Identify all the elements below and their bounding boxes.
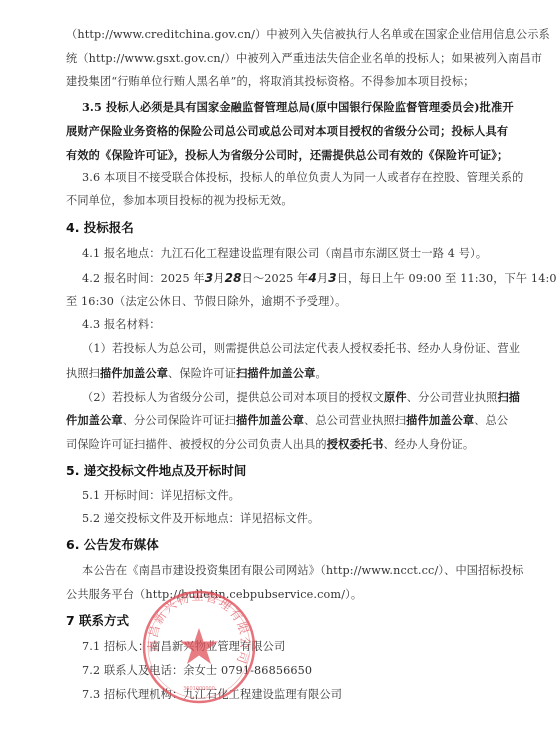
para-3-4-line-3: 建投集团“行贿单位行贿人黑名单”的，将取消其投标资格。不得参加本项目投标；	[66, 75, 480, 89]
text-run: 、总公司营业执照扫	[304, 414, 406, 427]
text-run: 司保险许可证扫描件、被授权的分公司负责人出具的	[66, 438, 327, 451]
handwritten-day-2: 3	[328, 271, 337, 285]
item-4-2-line-1: 4.2 报名时间：2025 年3月28日～2025 年4月3日，每日上午 09:…	[82, 271, 496, 286]
section-6-heading: 6. 公告发布媒体	[66, 535, 159, 553]
item-5-1: 5.1 开标时间：详见招标文件。	[82, 489, 496, 503]
bold-run: 件加盖公章	[66, 413, 123, 427]
text-run: 。	[315, 367, 326, 380]
para-3-5-line-2: 展财产保险业务资格的保险公司总公司或总公司对本项目授权的省级分公司；投标人具有	[66, 124, 480, 138]
bold-run: 原件	[384, 390, 407, 404]
item-4-3-2-line-2: 件加盖公章、分公司保险许可证扫描件加盖公章、总公司营业执照扫描件加盖公章、总公	[66, 413, 480, 428]
text-run: 、分公司保险许可证扫	[123, 414, 236, 427]
text-run: 、分公司营业执照	[407, 391, 498, 404]
para-3-5-line-1: 3.5 投标人必须是具有国家金融监督管理总局(原中国银行保险监督管理委员会)批准…	[82, 100, 496, 114]
text-run: 、总公	[474, 414, 508, 427]
item-4-2-line-2: 至 16:30（法定公休日、节假日除外，逾期不予受理）。	[66, 295, 480, 309]
item-4-3-1-line-2: 执照扫描件加盖公章、保险许可证扫描件加盖公章。	[66, 366, 480, 381]
bold-run: 扫描件加盖公章	[236, 366, 315, 380]
text-run: （2）若投标人为省级分公司，提供总公司对本项目的授权文	[82, 391, 384, 404]
item-4-2-prefix: 4.2 报名时间：2025 年	[82, 272, 205, 285]
item-4-3-1-line-1: （1）若投标人为总公司，则需提供总公司法定代表人授权委托书、经办人身份证、营业	[82, 342, 496, 356]
month-label: 月	[213, 272, 224, 285]
item-4-3-2-line-1: （2）若投标人为省级分公司，提供总公司对本项目的授权文原件、分公司营业执照扫描	[82, 390, 496, 405]
document-page: （http://www.creditchina.gov.cn/）中被列入失信被执…	[0, 0, 557, 729]
section-6-line-1: 本公告在《南昌市建设投资集团有限公司网站》（http://www.ncct.cc…	[82, 564, 496, 578]
item-7-1: 7.1 招标人：南昌新兴物业管理有限公司	[82, 640, 496, 654]
para-3-5-line-3: 有效的《保险许可证》，投标人为省级分公司时，还需提供总公司有效的《保险许可证》；	[66, 148, 480, 162]
item-4-3: 4.3 报名材料：	[82, 318, 496, 332]
para-3-6-line-1: 3.6 本项目不接受联合体投标，投标人的单位负责人为同一人或者存在控股、管理关系…	[82, 171, 496, 185]
item-4-1: 4.1 报名地点：九江石化工程建设监理有限公司（南昌市东湖区贤士一路 4 号）。	[82, 247, 496, 261]
bold-run: 描件加盖公章	[406, 413, 474, 427]
text-run: 、保险许可证	[168, 367, 236, 380]
bold-run: 描件加盖公章	[236, 413, 304, 427]
handwritten-day-1: 28	[225, 271, 242, 285]
text-run: 、经办人身份证。	[383, 438, 474, 451]
text-run: 执照扫	[66, 367, 100, 380]
para-3-4-line-2: 统（http://www.gsxt.gov.cn/）中被列入严重违法失信企业名单…	[66, 52, 480, 66]
bold-run: 扫描	[497, 390, 520, 404]
bold-run: 描件加盖公章	[100, 366, 168, 380]
section-6-line-2: 公共服务平台（http://bulletin.cebpubservice.com…	[66, 588, 480, 602]
month-label: 月	[317, 272, 328, 285]
section-4-heading: 4. 投标报名	[66, 218, 134, 236]
para-3-4-line-1: （http://www.creditchina.gov.cn/）中被列入失信被执…	[66, 28, 480, 42]
item-5-2: 5.2 递交投标文件及开标地点：详见招标文件。	[82, 512, 496, 526]
item-7-2: 7.2 联系人及电话：余女士 0791-86856650	[82, 664, 496, 678]
bold-run: 授权委托书	[327, 437, 384, 451]
item-4-2-suffix: 日，每日上午 09:00 至 11:30，下午 14:00	[337, 272, 557, 285]
item-4-3-2-line-3: 司保险许可证扫描件、被授权的分公司负责人出具的授权委托书、经办人身份证。	[66, 437, 480, 452]
handwritten-month-1: 3	[205, 271, 214, 285]
para-3-6-line-2: 不同单位，参加本项目投标的视为投标无效。	[66, 194, 480, 208]
item-7-3: 7.3 招标代理机构：九江石化工程建设监理有限公司	[82, 688, 496, 702]
section-7-heading: 7 联系方式	[66, 611, 129, 629]
date-separator: 日～2025 年	[242, 272, 309, 285]
handwritten-month-2: 4	[308, 271, 317, 285]
section-5-heading: 5. 递交投标文件地点及开标时间	[66, 461, 246, 479]
